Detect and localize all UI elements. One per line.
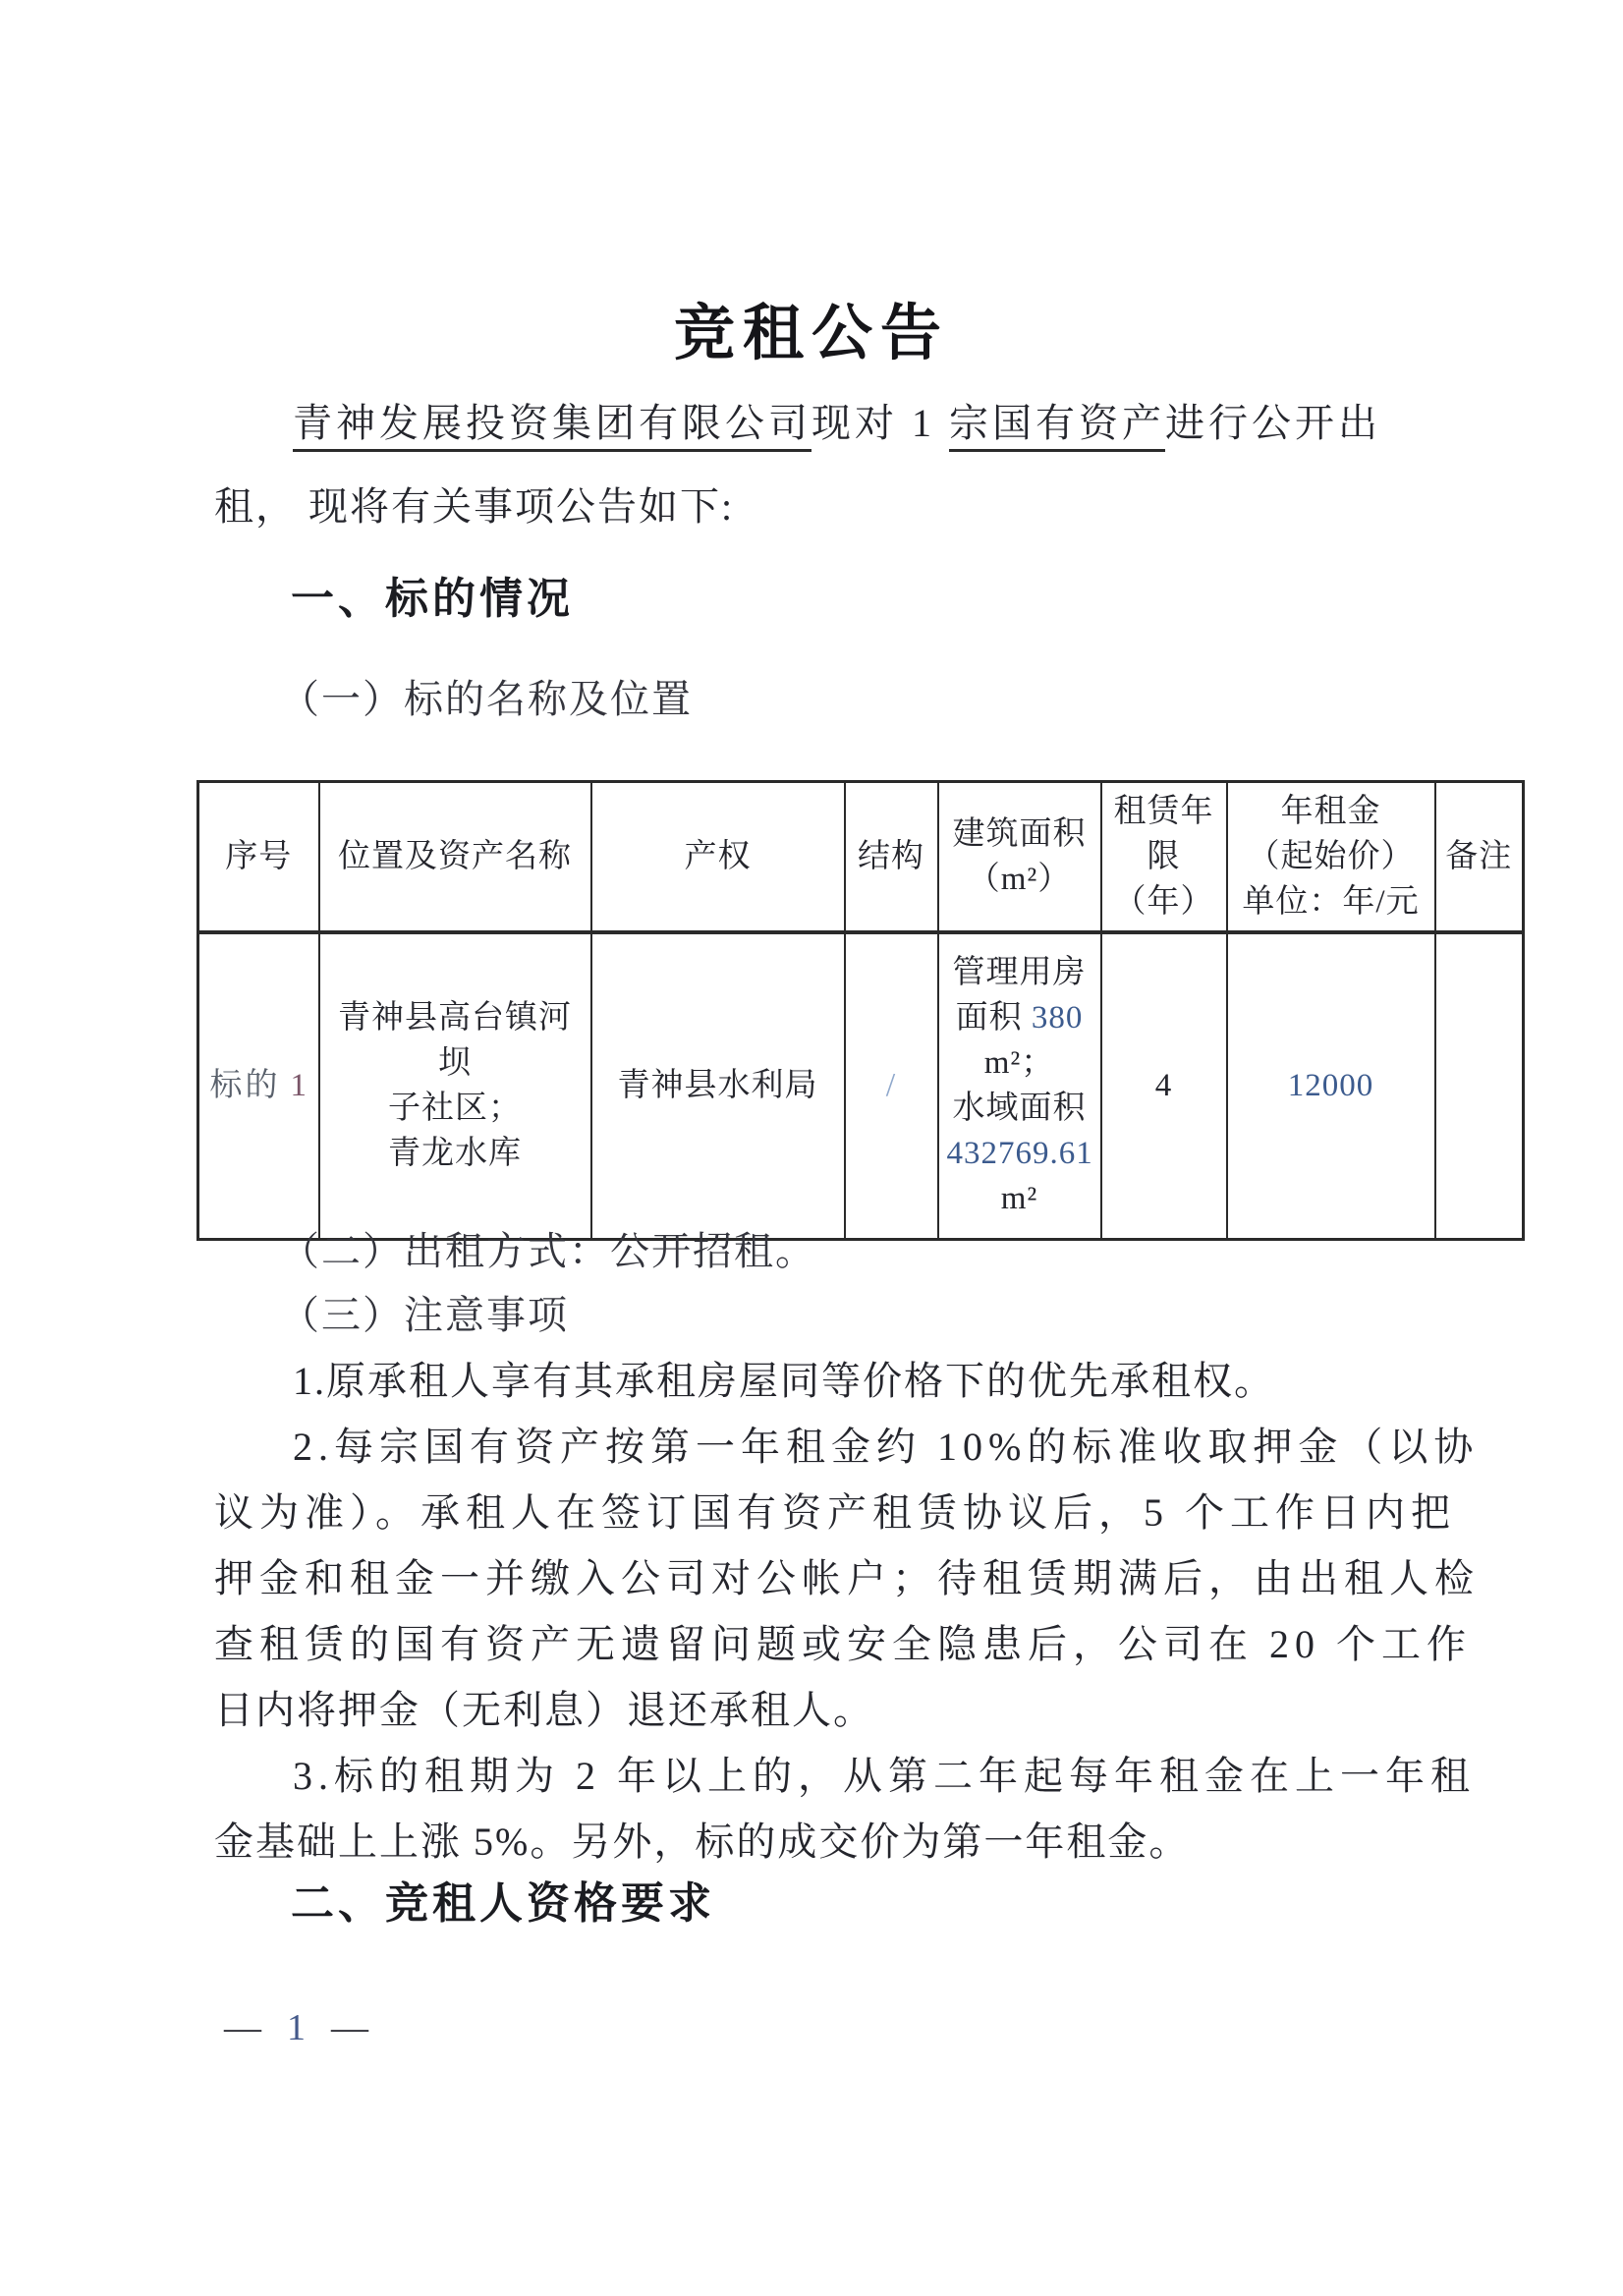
intro-line-1: 青神发展投资集团有限公司现对 1 宗国有资产进行公开出 [293, 395, 1381, 452]
area-line-2-label: 面积 [956, 1000, 1032, 1036]
header-term-line-1: 租赁年 [1110, 789, 1218, 834]
header-rent-line-3: 单位：年/元 [1236, 879, 1427, 924]
area-line-6: m² [947, 1176, 1092, 1221]
intro-line-1-tail: 进行公开出 [1165, 401, 1381, 445]
page-footer: —1— [224, 2004, 368, 2051]
cell-location: 青神县高台镇河坝 子社区； 青龙水库 [319, 932, 591, 1239]
item-1-line-1: 1.原承租人享有其承租房屋同等价格下的优先承租权。 [293, 1353, 1275, 1410]
cell-structure: / [845, 932, 938, 1239]
subsection-1-3-heading: （三）注意事项 [280, 1287, 569, 1344]
asset-count-underlined: 宗国有资产 [949, 401, 1165, 452]
item-2-line-3: 押金和租金一并缴入公司对公帐户；待租赁期满后，由出租人检 [214, 1550, 1480, 1607]
header-rent: 年租金 （起始价） 单位：年/元 [1227, 782, 1435, 933]
item-2-line-5: 日内将押金（无利息）退还承租人。 [214, 1682, 874, 1739]
item-2-line-4: 查租赁的国有资产无遗留问题或安全隐患后，公司在 20 个工作 [214, 1616, 1472, 1673]
cell-area: 管理用房 面积 380 m²； 水域面积 432769.61 m² [938, 932, 1101, 1239]
subsection-1-1-heading: （一）标的名称及位置 [280, 671, 693, 728]
cell-seq: 标的1 [198, 932, 319, 1239]
footer-dash-right: — [331, 2007, 368, 2048]
area-line-5: 432769.61 [947, 1131, 1092, 1176]
intro-line-2: 租， 现将有关事项公告如下: [214, 478, 734, 535]
header-area-line-2: （m²） [947, 857, 1092, 902]
cell-rent: 12000 [1227, 932, 1435, 1239]
header-location: 位置及资产名称 [319, 782, 591, 933]
area-line-1: 管理用房 [947, 950, 1092, 995]
cell-term: 4 [1101, 932, 1227, 1239]
area-line-4: 水域面积 [947, 1086, 1092, 1131]
subsection-1-2-heading: （二）出租方式：公开招租。 [280, 1223, 816, 1280]
header-rent-line-2: （起始价） [1236, 834, 1427, 879]
area-line-2: 面积 380 [947, 995, 1092, 1040]
asset-table: 序号 位置及资产名称 产权 结构 建筑面积 （m²） 租赁年 限（年） 年租金 … [196, 780, 1525, 1241]
seq-label: 标的 [210, 1068, 281, 1103]
document-page: 竞租公告 青神发展投资集团有限公司现对 1 宗国有资产进行公开出 租， 现将有关… [0, 0, 1623, 2296]
company-name-underlined: 青神发展投资集团有限公司 [293, 401, 811, 452]
table-header-row: 序号 位置及资产名称 产权 结构 建筑面积 （m²） 租赁年 限（年） 年租金 … [198, 782, 1524, 933]
header-term: 租赁年 限（年） [1101, 782, 1227, 933]
footer-page-number: 1 [287, 2007, 306, 2048]
structure-slash: / [886, 1067, 896, 1103]
item-3-line-1: 3.标的租期为 2 年以上的，从第二年起每年租金在上一年租 [293, 1748, 1476, 1805]
location-line-1: 青神县高台镇河坝 [328, 995, 583, 1086]
page-title: 竞租公告 [0, 295, 1623, 373]
location-line-3: 青龙水库 [328, 1131, 583, 1176]
header-seq: 序号 [198, 782, 319, 933]
cell-remark [1435, 932, 1524, 1239]
header-rent-line-1: 年租金 [1236, 789, 1427, 834]
area-line-3: m²； [947, 1040, 1092, 1086]
table-row: 标的1 青神县高台镇河坝 子社区； 青龙水库 青神县水利局 / 管理用房 面积 … [198, 932, 1524, 1239]
location-line-2: 子社区； [328, 1086, 583, 1131]
item-2-line-1: 2.每宗国有资产按第一年租金约 10%的标准收取押金（以协 [293, 1419, 1479, 1476]
cell-ownership: 青神县水利局 [591, 932, 845, 1239]
section-1-heading: 一、标的情况 [291, 569, 574, 630]
header-ownership: 产权 [591, 782, 845, 933]
area-line-2-value: 380 [1032, 1000, 1084, 1036]
item-3-line-2: 金基础上上涨 5%。另外，标的成交价为第一年租金。 [214, 1814, 1190, 1871]
header-area-line-1: 建筑面积 [947, 812, 1092, 857]
intro-line-1-mid: 现对 1 [811, 401, 949, 445]
header-term-line-2: 限（年） [1110, 834, 1218, 924]
section-2-heading: 二、竞租人资格要求 [291, 1874, 715, 1934]
header-remark: 备注 [1435, 782, 1524, 933]
item-2-line-2: 议为准）。承租人在签订国有资产租赁协议后，5 个工作日内把 [214, 1484, 1456, 1541]
footer-dash-left: — [224, 2007, 261, 2048]
header-area: 建筑面积 （m²） [938, 782, 1101, 933]
seq-number: 1 [291, 1068, 308, 1103]
header-structure: 结构 [845, 782, 938, 933]
